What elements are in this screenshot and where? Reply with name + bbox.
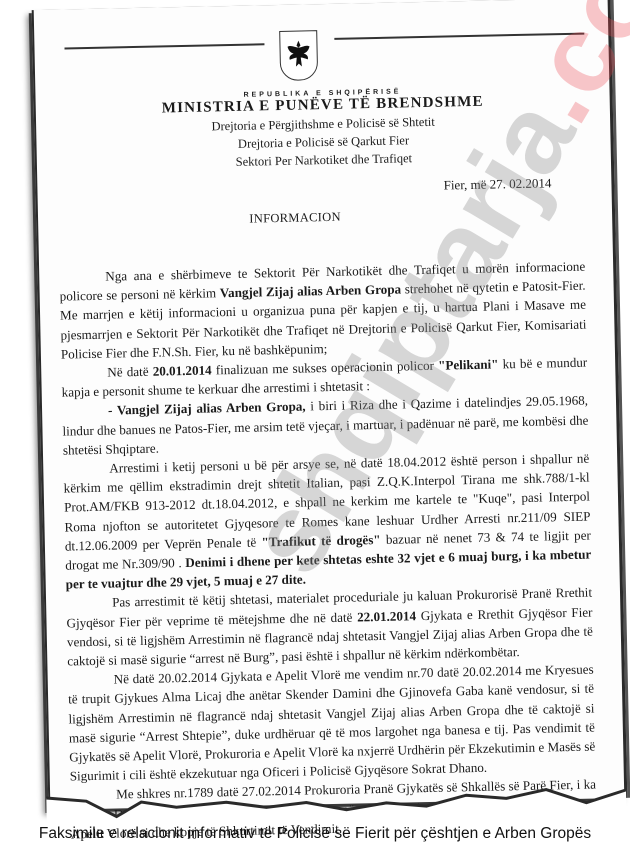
header-rule-right (334, 33, 584, 40)
paragraph: Në datë 20.02.2014 Gjykata e Apelit Vlor… (68, 660, 596, 786)
header-rule-left (64, 43, 264, 49)
paragraph: Arrestimi i ketij personi u bë për arsye… (63, 449, 592, 594)
image-caption: Faksimile e relacionit informativ të Pol… (0, 825, 630, 843)
paragraph: Nga ana e shërbimeve te Sektorit Për Nar… (59, 257, 587, 364)
document-date: Fier, më 27. 02.2014 (443, 175, 551, 193)
albanian-eagle-crest-icon (279, 30, 318, 81)
document-body: Nga ana e shërbimeve te Sektorit Për Nar… (59, 257, 597, 844)
paragraph: Pas arrestimit të këtij shtetasi, materi… (66, 583, 593, 671)
document-sheet: REPUBLIKA E SHQIPËRISË MINISTRIA E PUNËV… (32, 0, 628, 810)
document-title: INFORMACION (38, 205, 552, 231)
